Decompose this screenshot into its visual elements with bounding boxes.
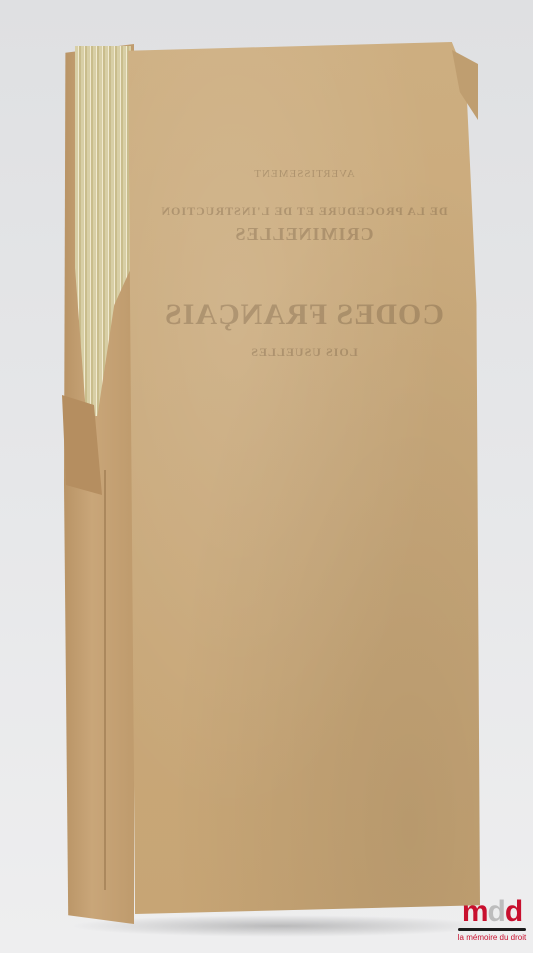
bleed-through-text: CRIMINELLES xyxy=(128,224,480,245)
book-photo: AVERTISSEMENT DE LA PROCEDURE ET DE L'IN… xyxy=(0,0,533,953)
bleed-through-text: AVERTISSEMENT xyxy=(128,168,480,180)
bleed-through-text: CODES FRANÇAIS xyxy=(128,298,480,332)
logo-bar xyxy=(458,928,526,931)
mdd-logo: mdd la mémoire du droit xyxy=(452,898,532,942)
bleed-through-text: LOIS USUELLES xyxy=(128,345,480,360)
logo-letter-d: d xyxy=(505,895,522,928)
spine-fold-line xyxy=(104,470,106,890)
bleed-through-text: DE LA PROCEDURE ET DE L'INSTRUCTION xyxy=(128,204,480,219)
logo-letter-d: d xyxy=(488,895,505,928)
logo-tagline: la mémoire du droit xyxy=(452,933,532,942)
logo-letter-m: m xyxy=(462,895,488,928)
logo-mark: mdd xyxy=(452,898,532,926)
